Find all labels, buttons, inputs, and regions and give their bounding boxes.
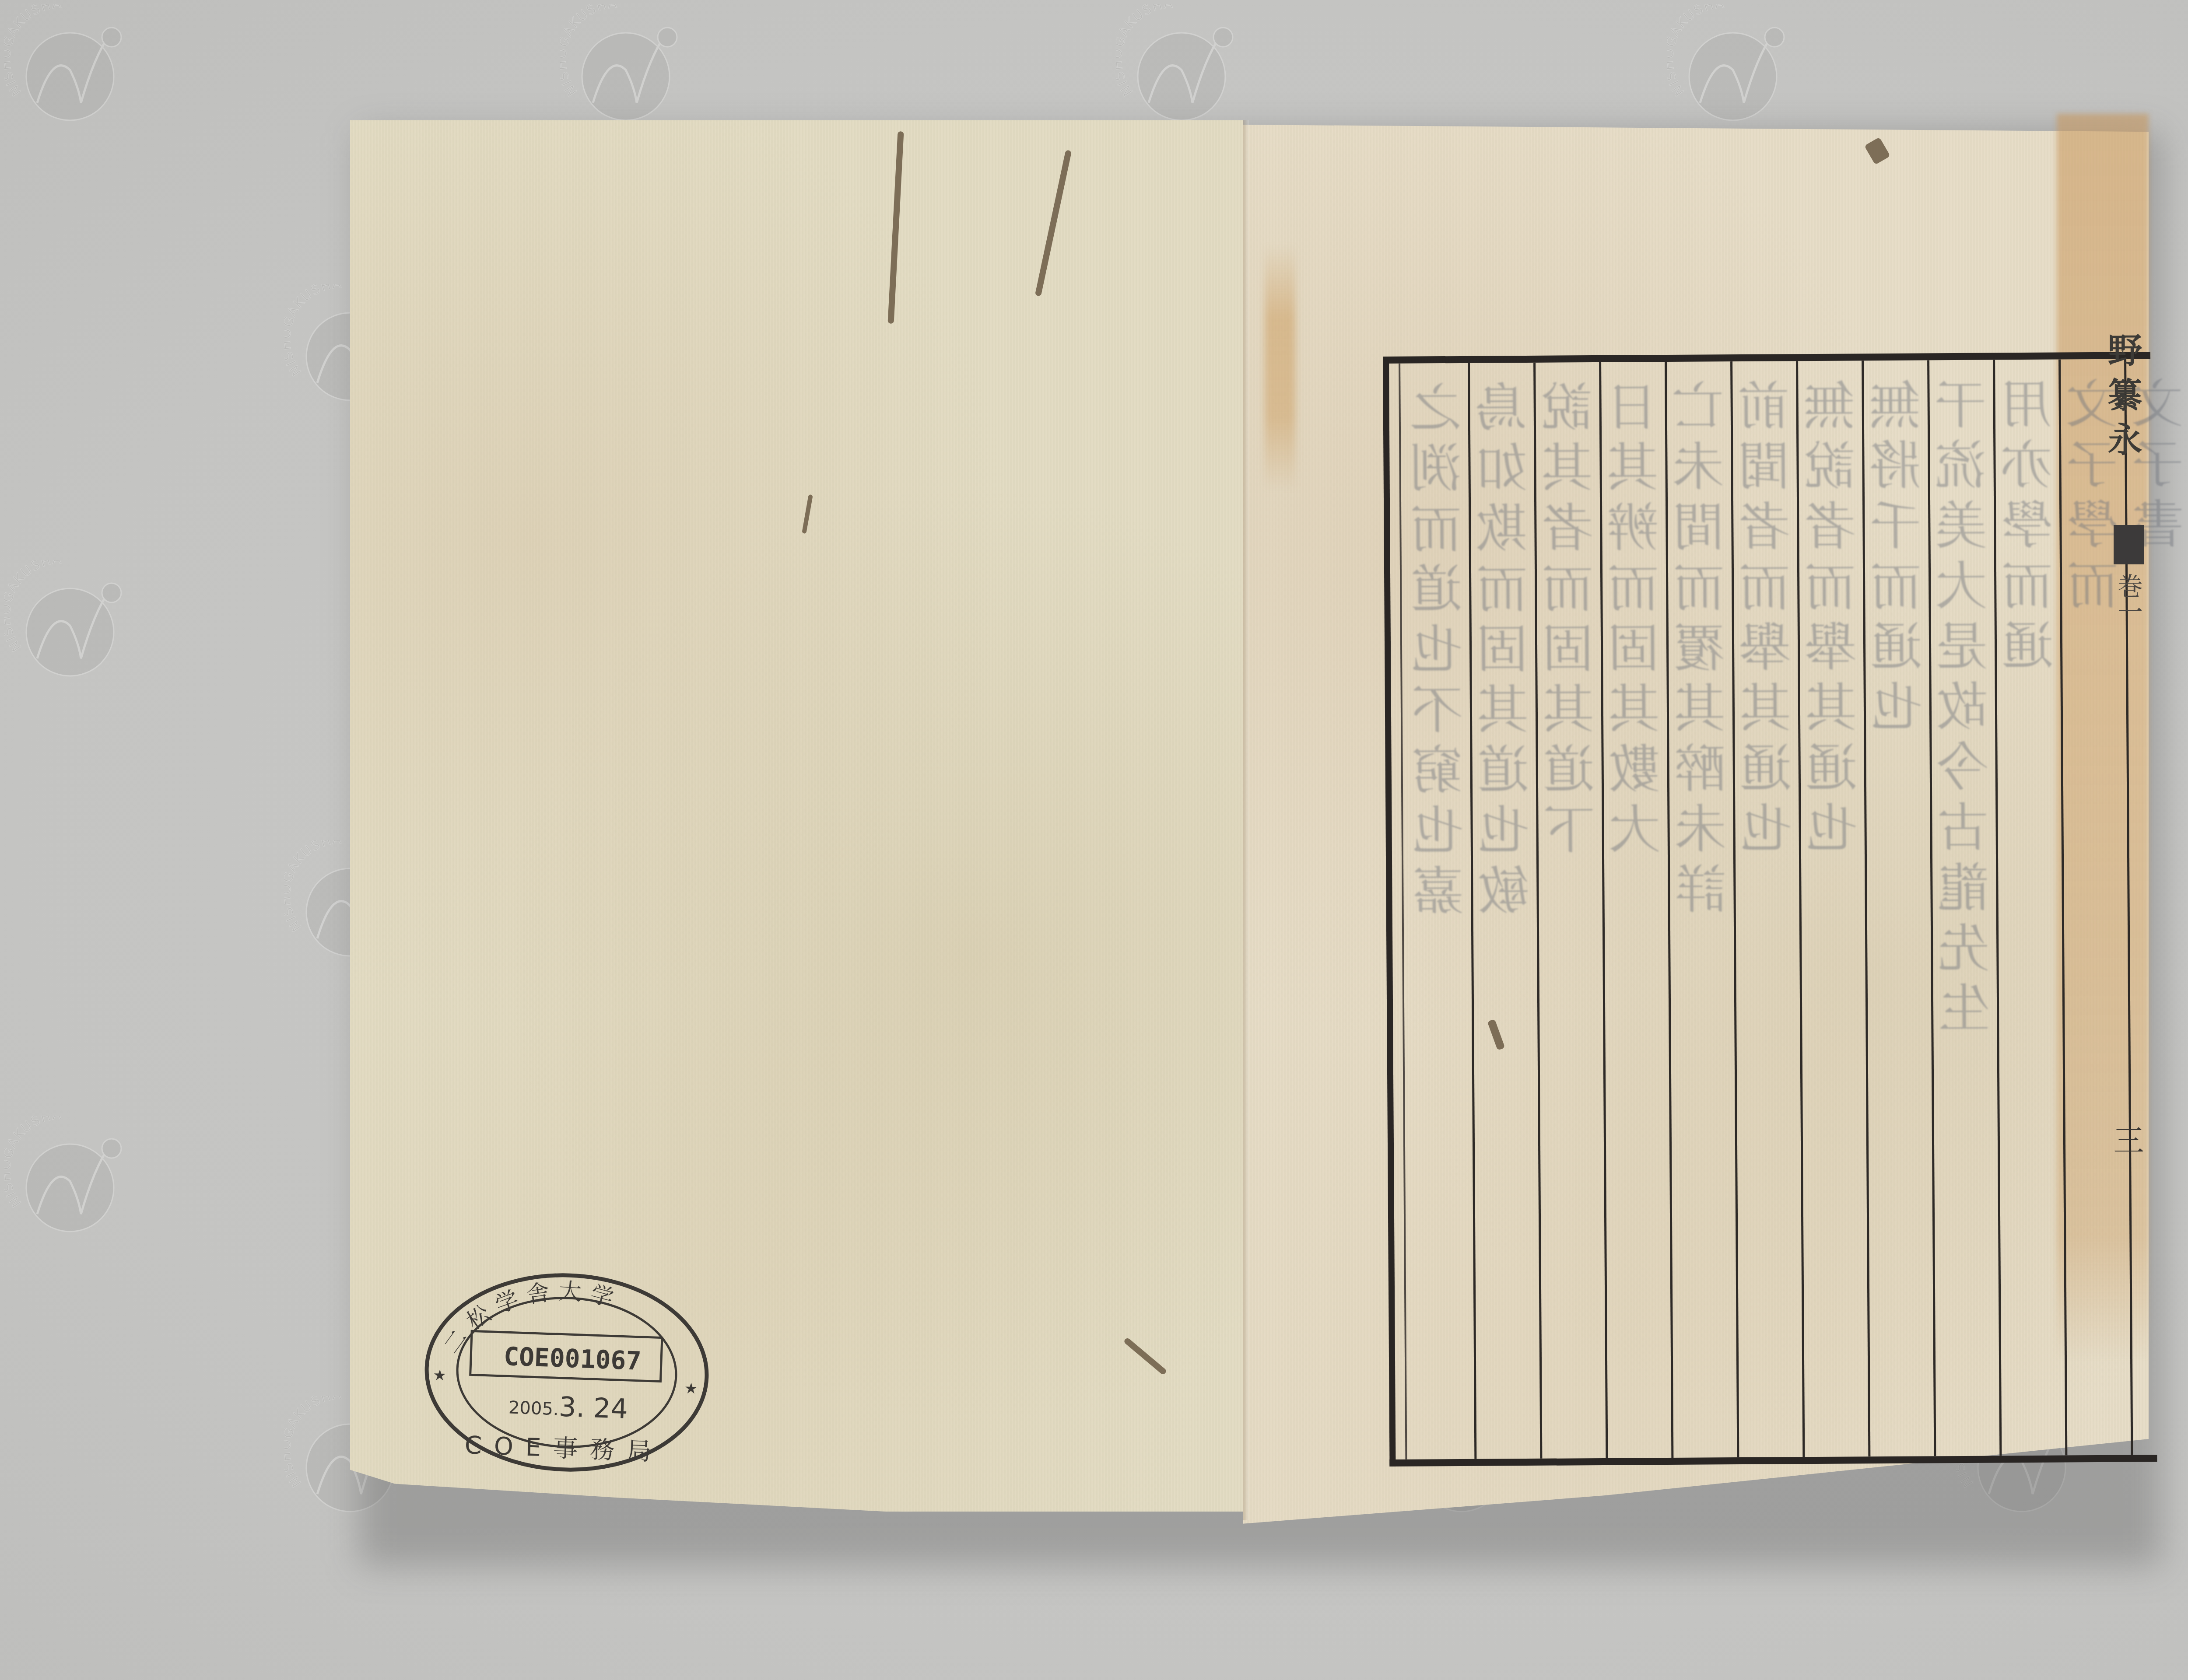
show-through-text-column: 說其者而固其道下 [1538,380,1610,1441]
show-through-text-column: 干流美大是故今古龍先生 [1932,377,2004,1438]
foreedge-page-number: 三 [2127,1124,2149,1155]
show-through-text-column: 日其辨而固其數大 [1603,379,1676,1441]
book-gutter [1243,120,1249,1520]
spine-stain [1265,245,1295,490]
library-stamp: 二松学舎大学 COE事務局 COE001067 2005. 3. 24 ★ ★ [417,1266,717,1479]
stamp-date-year: 2005. [508,1397,559,1419]
stamp-star-left-icon: ★ [433,1366,447,1384]
show-through-text-column: 無將千而通也 [1866,378,1938,1439]
show-through-text-column: 無說者而舉其通也 [1800,378,1872,1439]
print-frame: 之渕而道也不窮也嘉鳥如欺而固其道也敏說其者而固其道下日其辨而固其數大亡未間而覆其… [1383,352,2157,1466]
stamp-icon: 二松学舎大学 COE事務局 COE001067 2005. 3. 24 ★ ★ [417,1266,717,1479]
foreedge-title: 野纂永 [2107,332,2146,466]
frame-inner-border [1399,364,1407,1459]
stamp-registration-number: COE001067 [503,1341,642,1376]
show-through-text-column: 前聞者而舉其通也 [1735,378,1807,1440]
show-through-text-column: 之渕而道也不窮也嘉 [1406,381,1479,1442]
show-through-text-column: 用亦學而通 [1997,377,2069,1438]
foreedge-volume: 巻一 [2111,573,2146,624]
stamp-star-right-icon: ★ [684,1379,698,1397]
stamp-date: 3. 24 [558,1390,628,1424]
stamp-bottom-text: COE事務局 [464,1431,664,1466]
fishtail-block [2114,525,2144,564]
show-through-text-column: 亡未間而覆其醉未詳 [1669,379,1741,1440]
show-through-text-column: 鳥如欺而固其道也敏 [1472,380,1544,1442]
